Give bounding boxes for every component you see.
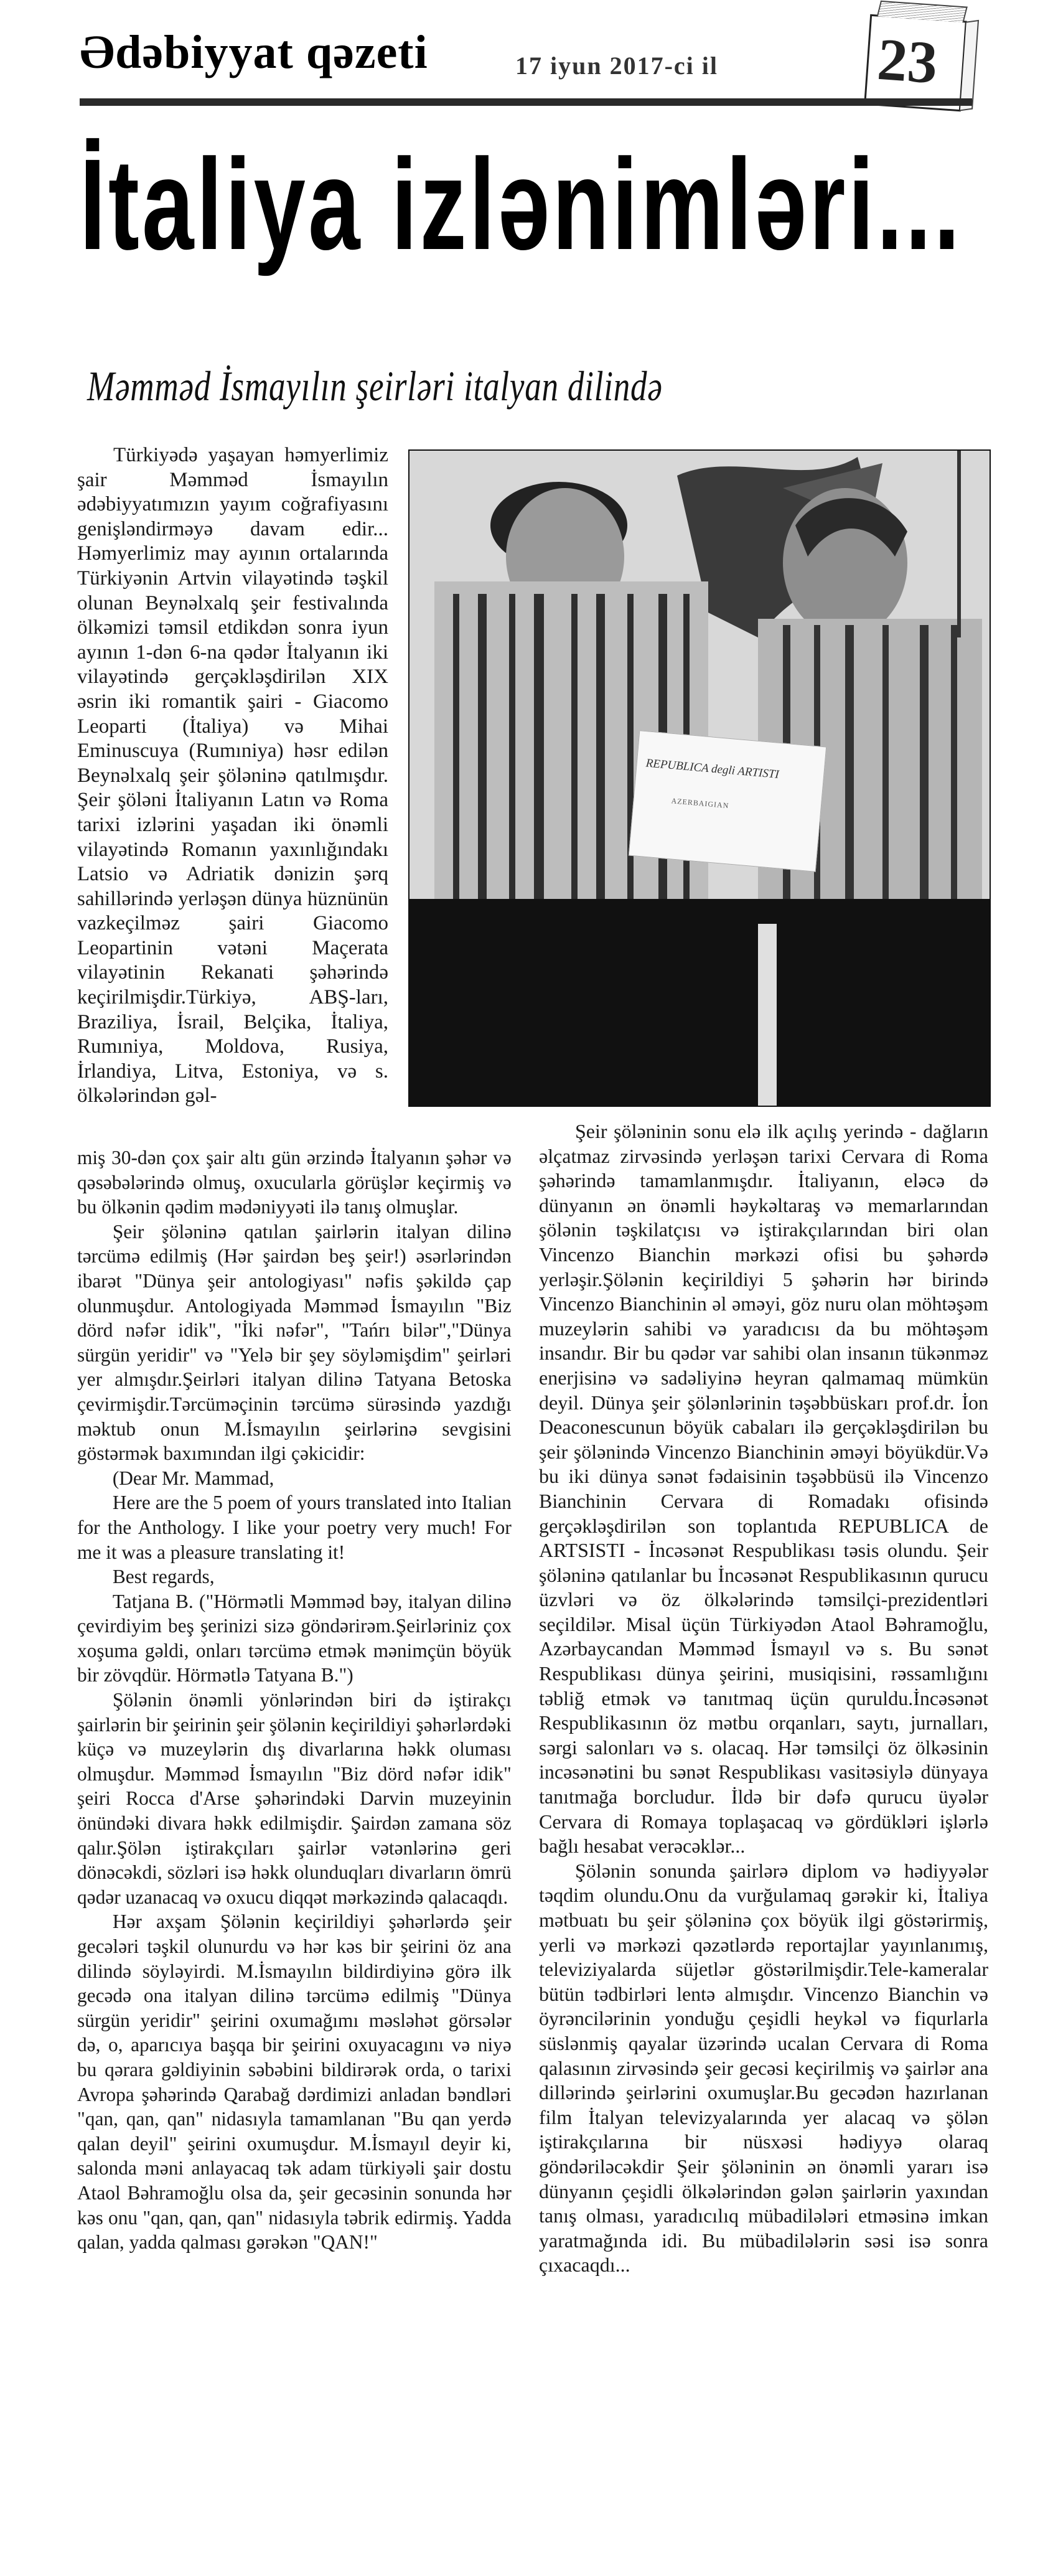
- calendar-pages-icon: [877, 1, 968, 22]
- paragraph: Şölənin sonunda şairlərə diplom və hədiy…: [539, 1859, 988, 2278]
- article-column-left-top: Türkiyədə yaşayan həmyerlimiz şair Məmmə…: [77, 443, 388, 1109]
- article-column-right: Şeir şöləninin sonu elə ilk açılış yerin…: [539, 1119, 988, 2278]
- paragraph: Şeir şöləninə qatılan şairlərin italyan …: [77, 1220, 512, 1466]
- article-column-left-bottom: miş 30-dən çox şair altı gün ərzində İta…: [77, 1145, 512, 2255]
- paragraph: miş 30-dən çox şair altı gün ərzində İta…: [77, 1145, 512, 1220]
- page-number: 23: [876, 28, 940, 94]
- certificate-subtitle: AZERBAIGIAN: [671, 796, 729, 811]
- letter-body: Here are the 5 poem of yours translated …: [77, 1490, 512, 1564]
- certificate-document: REPUBLICA degli ARTISTI AZERBAIGIAN: [629, 730, 826, 872]
- letter-closing: Best regards,: [77, 1564, 512, 1589]
- newspaper-title: Ədəbiyyat qəzeti: [80, 27, 428, 77]
- calendar-side-icon: [960, 20, 979, 111]
- masthead-rule: [80, 98, 972, 106]
- paragraph: Hər axşam Şölənin keçirildiyi şəhərlərdə…: [77, 1909, 512, 2254]
- issue-date: 17 iyun 2017-ci il: [515, 51, 718, 80]
- letter-signature: Tatjana B. ("Hörmətli Məmməd bəy, italya…: [77, 1589, 512, 1688]
- article-headline: İtaliya izlənimləri...: [80, 139, 962, 270]
- paragraph: Şölənin önəmli yönlərindən biri də iştir…: [77, 1688, 512, 1909]
- paragraph: Şeir şöləninin sonu elə ilk açılış yerin…: [539, 1119, 988, 1859]
- article-subheadline: Məmməd İsmayılın şeirləri italyan dilind…: [87, 364, 663, 408]
- article-photo: REPUBLICA degli ARTISTI AZERBAIGIAN: [408, 449, 991, 1107]
- page-number-box: 23: [864, 14, 967, 112]
- paragraph: Türkiyədə yaşayan həmyerlimiz şair Məmmə…: [77, 443, 388, 1109]
- certificate-title: REPUBLICA degli ARTISTI: [645, 756, 780, 782]
- letter-greeting: (Dear Mr. Mammad,: [77, 1466, 512, 1491]
